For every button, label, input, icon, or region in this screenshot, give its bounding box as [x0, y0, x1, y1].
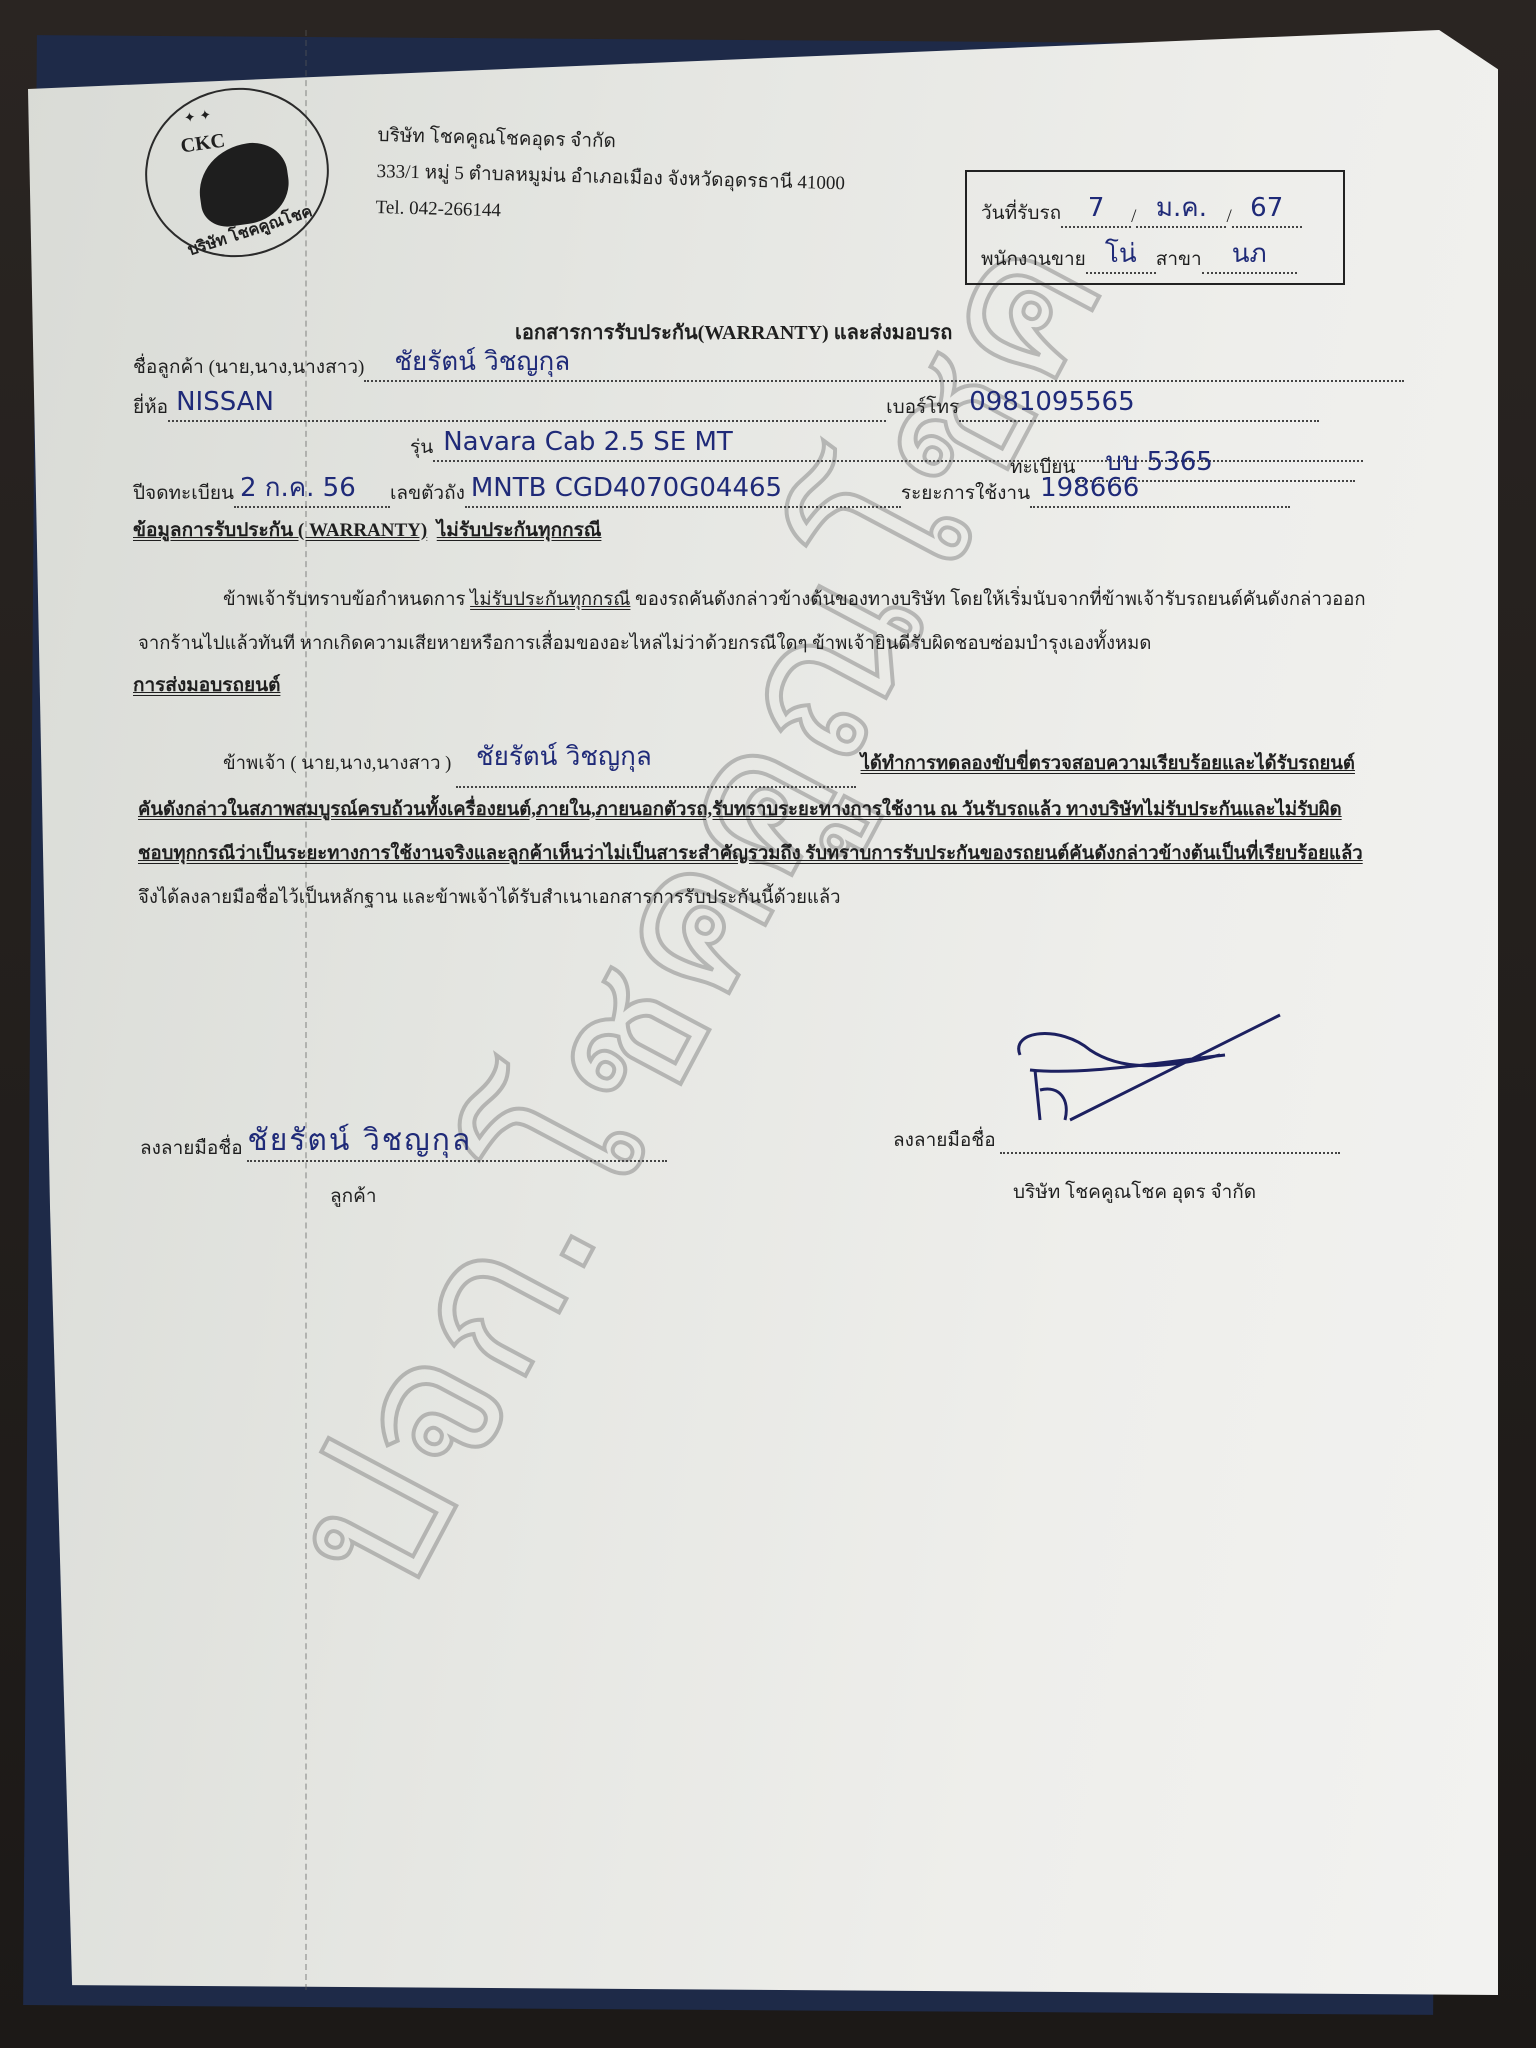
company-header: บริษัท โชคคูณโชคอุดร จำกัด 333/1 หมู่ 5 … [375, 118, 846, 238]
warranty-heading-row: ข้อมูลการรับประกัน ( WARRANTY) ไม่รับประ… [133, 515, 601, 545]
branch-label: สาขา [1156, 244, 1202, 274]
mileage-value: 198666 [1040, 473, 1139, 503]
salesperson-value: โน่ [1105, 239, 1137, 269]
customer-signature-block: ลงลายมือชื่อ ชัยรัตน์ วิชญกุล ลูกค้า [140, 1130, 667, 1211]
mileage-label: ระยะการใช้งาน [901, 478, 1030, 508]
no-warranty-highlight: ไม่รับประกันทุกกรณี [470, 590, 630, 610]
customer-label: ชื่อลูกค้า (นาย,นาง,นางสาว) [133, 352, 364, 382]
date-year: 67 [1250, 193, 1283, 223]
stars-icon: ✦✦ [183, 107, 217, 128]
delivery-heading-row: การส่งมอบรถยนต์ [133, 670, 280, 700]
delivery-name-value: ชัยรัตน์ วิชญกุล [476, 742, 652, 772]
customer-name-value: ชัยรัตน์ วิชญกุล [394, 347, 570, 377]
chassis-label: เลขตัวถัง [390, 478, 465, 508]
reg-year-label: ปีจดทะเบียน [133, 478, 234, 508]
salesperson-label: พนักงานขาย [981, 244, 1086, 274]
receipt-info-box: วันที่รับรถ 7/ ม.ค./ 67 พนักงานขาย โน่ ส… [965, 170, 1345, 285]
brand-label: ยี่ห้อ [133, 392, 168, 422]
model-value: Navara Cab 2.5 SE MT [443, 427, 733, 457]
chassis-value: MNTB CGD4070G04465 [471, 473, 782, 503]
company-signature-block: ลงลายมือชื่อ บริษัท โชคคูณโชค อุดร จำกัด [893, 1125, 1340, 1207]
paper-fold-line [305, 30, 308, 1990]
warranty-paragraph: ข้าพเจ้ารับทราบข้อกำหนดการ ไม่รับประกันท… [138, 578, 1368, 666]
customer-sign-label: ลงลายมือชื่อ [140, 1138, 243, 1159]
delivery-closing: จึงได้ลงลายมือชื่อไว้เป็นหลักฐาน และข้าพ… [138, 888, 841, 908]
branch-value: นภ [1232, 239, 1267, 269]
phone-label: เบอร์โทร [886, 392, 959, 422]
customer-caption: ลูกค้า [330, 1181, 667, 1211]
date-label: วันที่รับรถ [981, 198, 1061, 228]
date-day: 7 [1088, 193, 1105, 223]
delivery-heading: การส่งมอบรถยนต์ [133, 670, 280, 700]
model-label: รุ่น [410, 432, 433, 462]
warranty-status: ไม่รับประกันทุกกรณี [437, 515, 602, 545]
company-sign-label: ลงลายมือชื่อ [893, 1130, 996, 1151]
phone-value: 0981095565 [969, 387, 1134, 417]
customer-row: ชื่อลูกค้า (นาย,นาง,นางสาว) ชัยรัตน์ วิช… [133, 352, 1404, 382]
customer-signature: ชัยรัตน์ วิชญกุล [247, 1123, 472, 1158]
reg-chassis-row: ปีจดทะเบียน 2 ก.ค. 56 เลขตัวถัง MNTB CGD… [133, 478, 1290, 508]
date-month: ม.ค. [1156, 193, 1207, 223]
brand-value: NISSAN [176, 387, 274, 417]
warranty-heading: ข้อมูลการรับประกัน ( WARRANTY) [133, 515, 427, 545]
company-caption: บริษัท โชคคูณโชค อุดร จำกัด [1013, 1177, 1340, 1207]
delivery-prefix: ข้าพเจ้า ( นาย,นาง,นางสาว ) [223, 754, 451, 774]
delivery-paragraph: ข้าพเจ้า ( นาย,นาง,นางสาว ) ชัยรัตน์ วิช… [138, 742, 1368, 920]
reg-year-value: 2 ก.ค. 56 [240, 473, 356, 503]
document-title: เอกสารการรับประกัน(WARRANTY) และส่งมอบรถ [515, 316, 952, 348]
brand-phone-row: ยี่ห้อ NISSAN เบอร์โทร 0981095565 [133, 392, 1319, 422]
